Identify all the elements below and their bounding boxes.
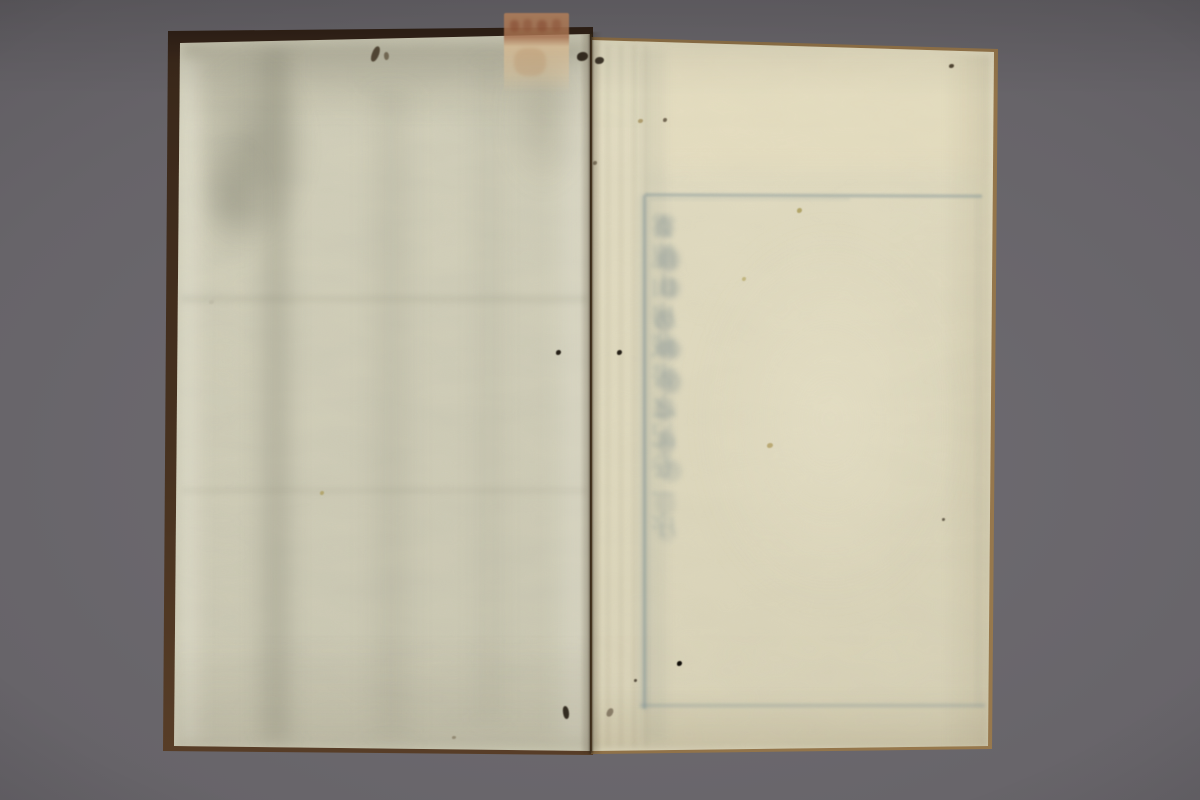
- showthrough-frame-right: [977, 196, 979, 706]
- showthrough-characters: 雲龍山房藏書之記卷一序: [650, 212, 684, 584]
- gutter-crease-line: [590, 34, 592, 752]
- collection-label: [504, 13, 569, 93]
- showthrough-frame-left-soft: [640, 195, 649, 709]
- fore-edge-shading: [942, 55, 990, 747]
- warm-highlight: [650, 45, 980, 169]
- showthrough-frame-bottom: [640, 704, 985, 707]
- showthrough-frame-top-double: [650, 198, 850, 200]
- center-highlight: [700, 230, 960, 610]
- bottom-shading: [592, 688, 988, 748]
- photo-of-open-book: 雲龍山房藏書之記卷一序: [0, 0, 1200, 800]
